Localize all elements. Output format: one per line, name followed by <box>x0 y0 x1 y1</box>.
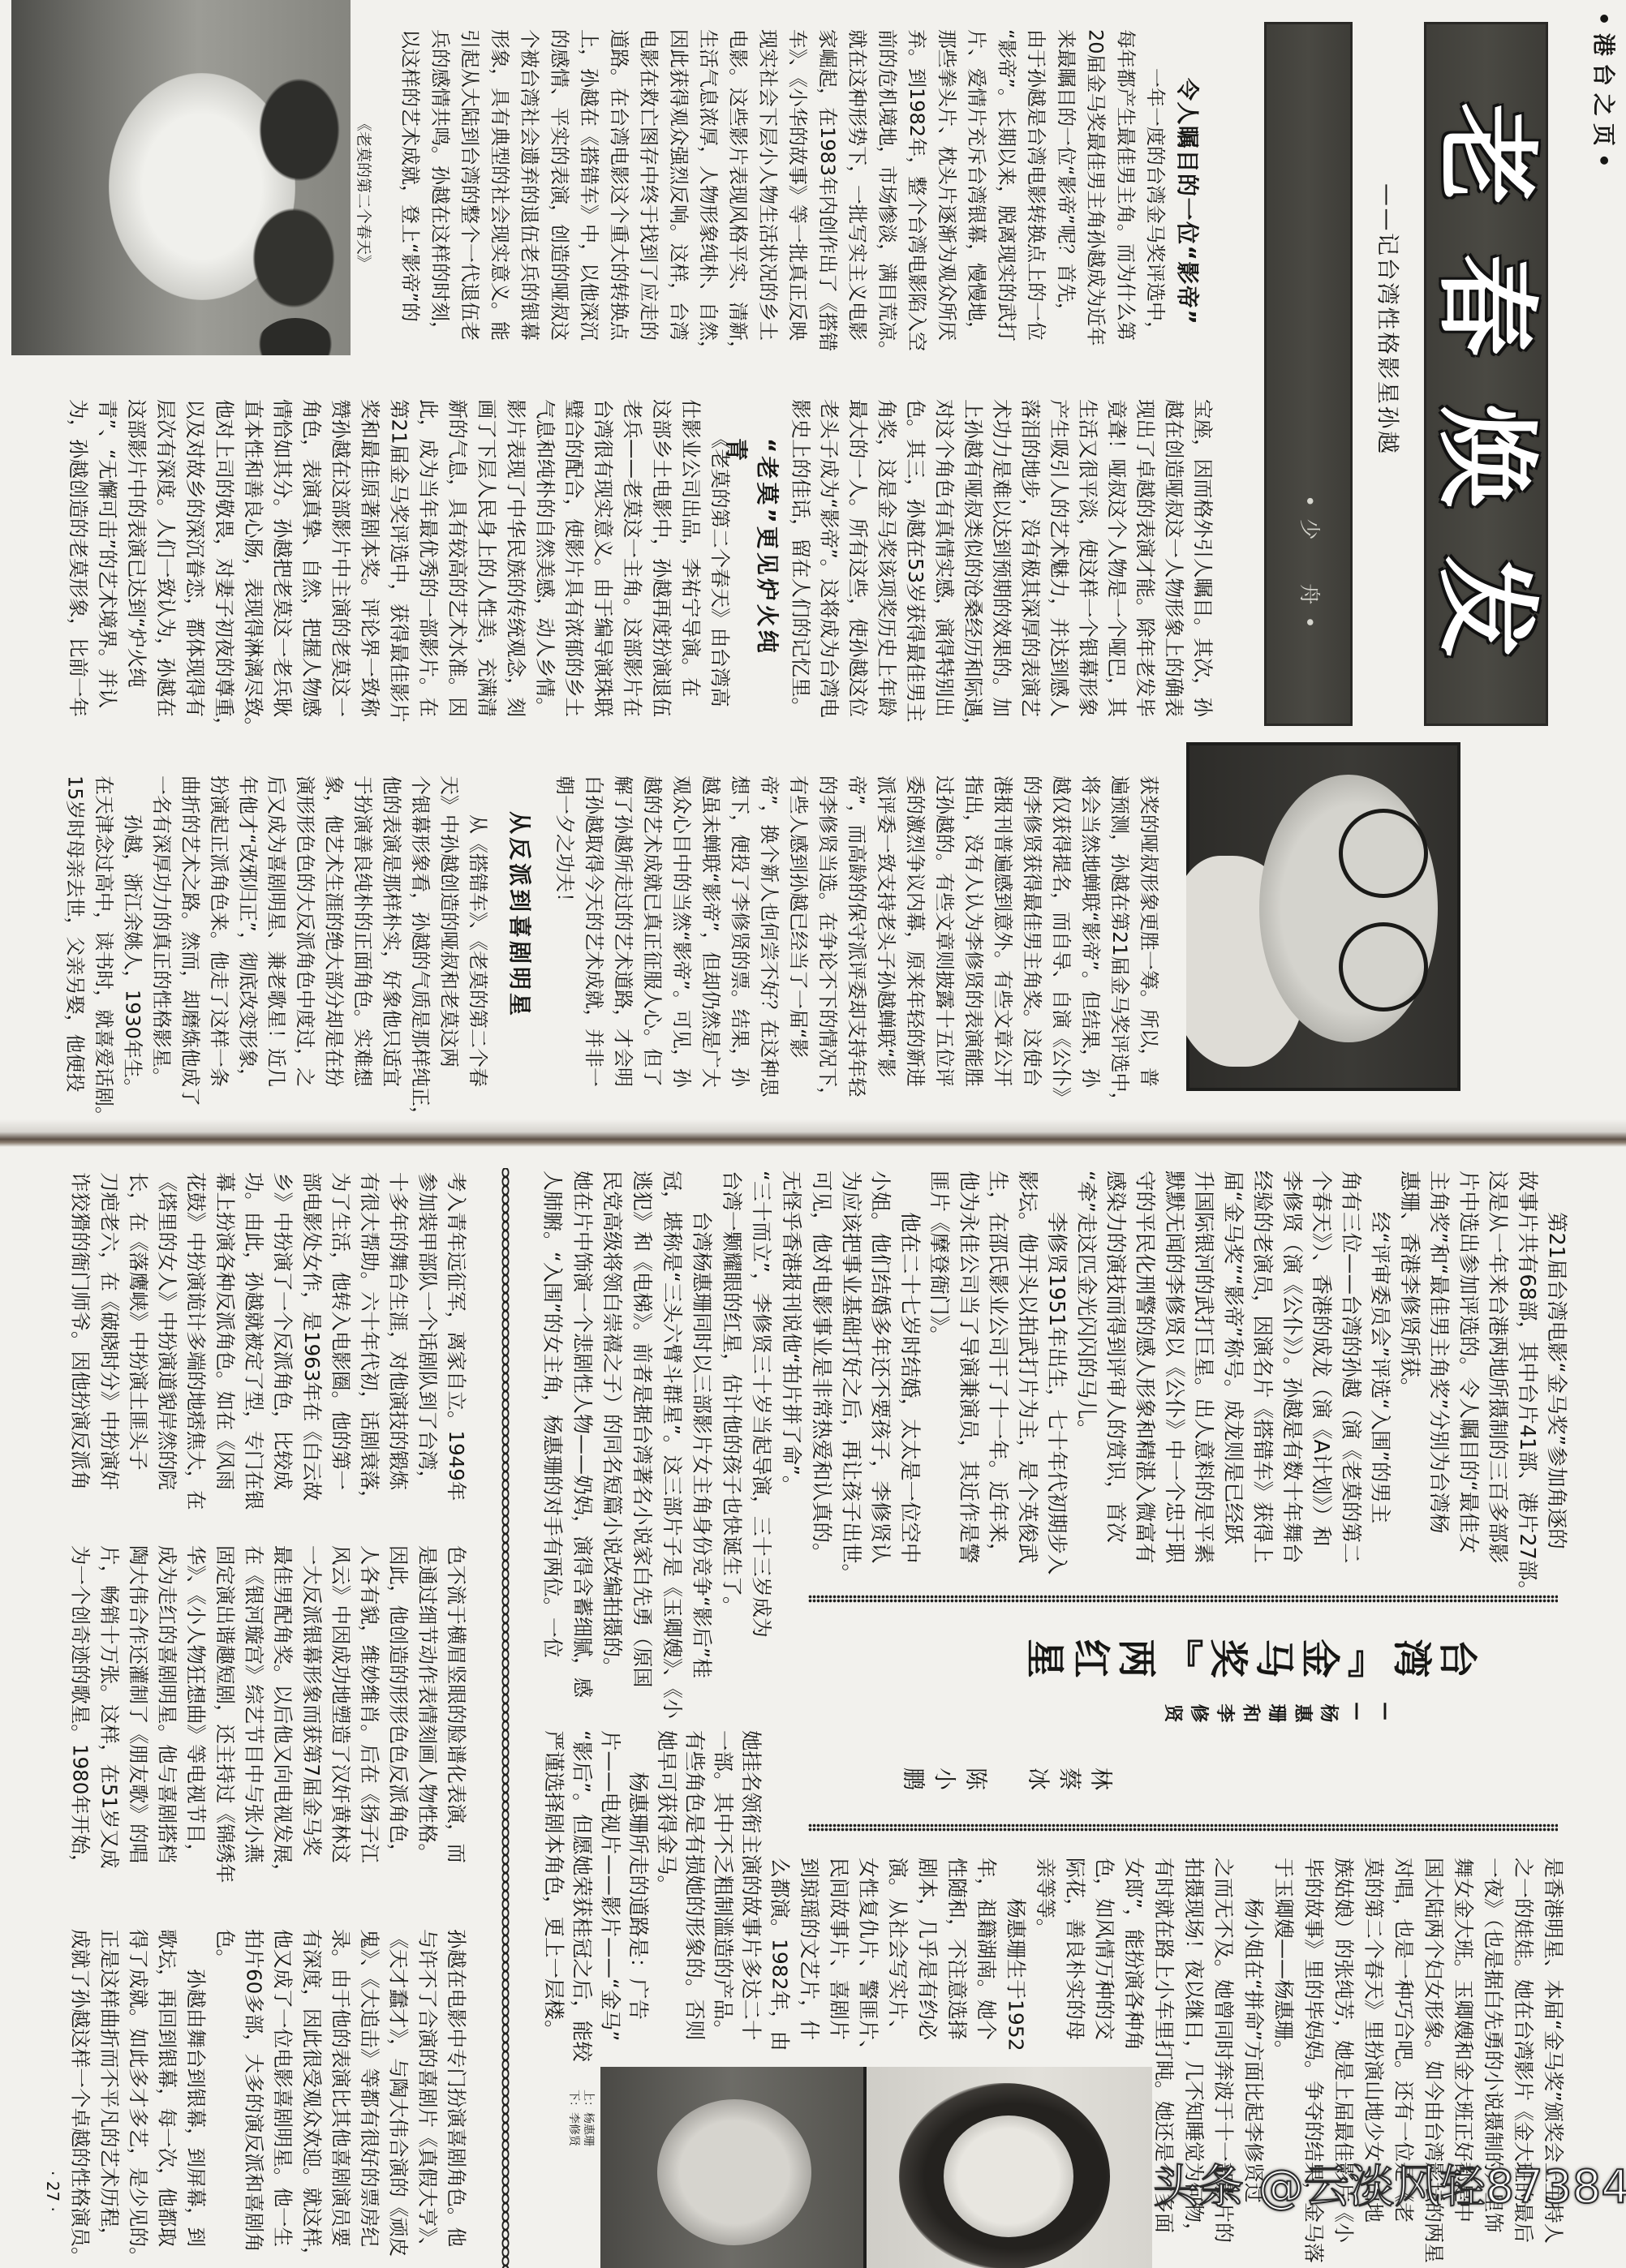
continued-text-col3: 孙越在电影中专门扮演喜剧角色。他与许不了合演的喜剧片《真假大亨》、《天才蠢才》，… <box>66 1929 471 2253</box>
text-line: 璧合的配合，使影片具有浓郁的乡土 <box>559 399 588 740</box>
text-line: 李修贤1951年出生，七十年代初期步入 <box>1042 1171 1071 1586</box>
continued-text-col1: 考入青年远征军，离家自立。1949年参加装甲部队一个话剧队到了台湾，十多年的舞台… <box>66 1172 471 1517</box>
text-line: 严谨选择剧本角色，更上一层楼。 <box>539 1730 567 2067</box>
text-line: 家崛起，在1983年内创作出了《搭错 <box>812 29 842 363</box>
text-line: 升国际银河的武打巨星。出人意料的是平素 <box>1189 1171 1218 1586</box>
text-line: 15岁时母亲去世，父亲另娶，他便投 <box>60 775 88 1108</box>
text-line: 这部乡土电影中，孙越再度扮演退伍 <box>647 399 676 740</box>
text-line: 华》、《小人物狂想曲》等电视节目， <box>182 1545 211 1882</box>
text-line: 委的激烈争议内幕，原来年轻的新进 <box>901 775 930 1108</box>
text-line: 第21届台湾电影“金马奖”参加角逐的 <box>1542 1171 1571 1586</box>
text-line: 落泪的地步，没有极其深厚的表演艺 <box>1016 399 1044 740</box>
text-line: 孙越由舞台到银幕，到屏幕，到 <box>182 1929 211 2253</box>
text-line: 有些角色是有损她的形象的。否则 <box>680 1730 708 2067</box>
text-line: 道路。在台湾电影这个重大的转换点 <box>604 29 634 363</box>
text-line: 感染力的演技而得到评审人的赏识，首次 <box>1100 1171 1129 1586</box>
title-band: 老春焕发 <box>1424 22 1548 726</box>
text-line: 人肺腑。“入围”的女主角，杨惠珊的对手有两位。一位 <box>537 1171 567 1698</box>
text-line: 角奖，这是金马奖该项奖历史上年龄 <box>872 399 901 740</box>
text-line: 为了生活，他转入电影圈。他的第一 <box>326 1172 355 1517</box>
photo-figure-head <box>248 203 339 313</box>
text-line: 他的表演是那样朴实，好象他只适宜 <box>376 775 405 1108</box>
sidebar-dotted-rule-top <box>808 1595 1558 1603</box>
text-line: 前的危机境地，市场惨淡，满目荒凉。 <box>872 29 902 363</box>
photo-li-xiuxian <box>600 2067 867 2268</box>
text-line: 正是这样曲折而不平凡的艺术历程， <box>95 1929 124 2253</box>
text-line: 民间故事片、喜剧片 <box>824 1858 853 2070</box>
text-line: 解了孙越所走过的艺术道路，才会明 <box>609 775 638 1108</box>
text-line: 天》中孙越创造的哑叔和老莫这两 <box>434 775 462 1108</box>
text-line: 新的气息，具有较高的艺术水准。因 <box>442 399 471 740</box>
text-line: 观众心目中的当然“影帝”。可见，孙 <box>667 775 696 1108</box>
text-line: 由于孙越是台湾电影转换点上的一位 <box>1021 29 1051 363</box>
text-line: 最佳男配角奖。以后他又向电视发展， <box>269 1545 298 1882</box>
text-line: 形象，具有典型的社会现实意义。能 <box>484 29 514 363</box>
section1-heading: 令人瞩目的一位“影帝” <box>1172 78 1202 337</box>
text-line: 歌坛，再回到银幕，每一次，他都取 <box>153 1929 182 2253</box>
text-line: 个银幕形象看，孙越的气质是那样纯正， <box>406 775 434 1108</box>
text-line: 与许不了合演的喜剧片《真假大亨》、 <box>413 1929 442 2253</box>
sidebar-text-block1: 第21届台湾电影“金马奖”参加角逐的故事片共有68部，其中台片41部、港片27部… <box>807 1171 1571 1586</box>
text-line: 竟聋！哑叔这个人物是一个哑巴，其 <box>1102 399 1130 740</box>
text-line: 越虽未蝉联“影帝”，但却仍然是广大 <box>696 775 725 1108</box>
text-line: 片中选出参加评选的。令人瞩目的“最佳女 <box>1453 1171 1482 1586</box>
text-line: 诈狡猾的衙门师爷。因他扮演反派角 <box>66 1172 95 1517</box>
photo-face <box>944 2116 1073 2237</box>
sidebar-dotted-rule-bottom <box>808 1823 1558 1832</box>
text-line: 宝座，因而格外引人瞩目。其次，孙 <box>1189 399 1217 740</box>
text-line: 于扮演善良纯朴的正面角色。实难想 <box>348 775 376 1108</box>
continued-text-col2: 色不流于横眉竖眼的脸谱化表演，而是通过细节动作表情刻画人物性格。因此，他创造的形… <box>66 1545 471 1882</box>
photo-figure-head <box>255 318 336 355</box>
text-line: 色不流于横眉竖眼的脸谱化表演，而 <box>441 1545 471 1882</box>
text-line: 录。由于他的表演比其他喜剧演员要 <box>326 1929 355 2253</box>
text-line: 一部。其中不乏粗制滥造的产品。 <box>708 1730 737 2067</box>
text-line: 在天津念过高中，读书时，就喜爱话剧。 <box>88 775 117 1108</box>
text-line: 越仅获得提名，而自导、自演《公仆》 <box>1047 775 1076 1108</box>
text-line: 一名有深厚功力的真正的性格影星。 <box>146 775 174 1108</box>
portrait-glasses-right <box>1339 922 1428 1012</box>
text-line: 生活气息浓厚，人物形象纯朴、自然， <box>693 29 723 363</box>
text-line: 将会当然地蝉联“影帝”。但结果，孙 <box>1076 775 1105 1108</box>
text-line: 派评委一致支持老头子孙越蝉联“影 <box>871 775 901 1108</box>
text-line: 花鼓》中扮演诡计多端的地痞焦大，在 <box>182 1172 211 1517</box>
section2-heading: “老莫”更见炉火纯青 <box>751 438 782 681</box>
text-line: 考入青年远征军，离家自立。1949年 <box>441 1172 471 1517</box>
text-line: 老兵——老莫这一主角。这部影片在 <box>617 399 647 740</box>
text-line: 画了下层人民身上的人性美，充满清 <box>471 399 501 740</box>
text-line: 对这个角色有真情实感，演得特别出 <box>930 399 958 740</box>
text-line: 弃。到1982年，整个台湾电影陷入空 <box>901 29 931 363</box>
text-line: 《天才蠢才》，与陶大伟合演的《顽皮 <box>384 1929 413 2253</box>
text-line: 年他才“改邪归正”，彻底改变形象， <box>233 775 261 1108</box>
text-line: 越的艺术成就已真正征服人心。但了 <box>638 775 667 1108</box>
text-line: 女性复仇片、警匪片、 <box>853 1858 882 2070</box>
text-line: 引起从大陆到台湾的整个一代退伍老 <box>454 29 484 363</box>
article-author: •少 舟• <box>1264 495 1353 657</box>
text-line: 港报刊普遍感到意外。有些文章公开 <box>988 775 1017 1108</box>
text-line: 年，祖籍湖南。她个 <box>971 1858 1000 2070</box>
text-line: 象，他艺术生涯的绝大部分却是在扮 <box>319 775 347 1108</box>
text-line: 为，孙越创造的老莫形象，比前一年 <box>63 399 92 740</box>
text-line: 兵的感情共鸣。孙越在这样的时刻， <box>425 29 455 363</box>
text-line: 成为走红的喜剧明星。他与喜剧搭档 <box>153 1545 182 1882</box>
text-line: 电影在救亡图存中终于找到了应走的 <box>634 29 664 363</box>
text-line: 从《搭错车》、《老莫的第二个春 <box>463 775 492 1108</box>
text-line: 杨惠珊所走的道路是：广告 <box>623 1730 652 2067</box>
text-line: 鬼》、《大追击》等都有很好的票房纪 <box>355 1929 384 2253</box>
text-line: 十多年的舞台生涯，对他演技的锻炼 <box>384 1172 413 1517</box>
text-line: “影后”。但愿她荣获桂冠之后，能较 <box>567 1730 596 2067</box>
text-line: 每年都产生最佳男主角。而为什么第 <box>1111 29 1141 363</box>
sidebar-subtitle: ——杨惠珊和李修贤 <box>1155 1701 1396 1722</box>
text-line: 可见，他对电影事业是非常热爱和认真的。 <box>807 1171 836 1586</box>
text-line: 台湾很有现实意义。由于编导演珠联 <box>588 399 617 740</box>
text-line: 仕影业公司出品，李祐宁导演。在 <box>676 399 705 740</box>
text-line: 直本性和善良心肠，表现得淋漓尽致。 <box>239 399 268 740</box>
text-line: 那些拳头片、枕头片逐渐为观众所厌 <box>931 29 961 363</box>
sidebar-authors: 林蔡冰 陈小鹏 <box>894 1764 1113 1790</box>
sidebar-text-block4: 她挂名领衔主演的故事片多达二十一部。其中不乏粗制滥造的产品。有些角色是有损她的形… <box>539 1730 764 2067</box>
photo-yang-huishan <box>867 2067 1152 2268</box>
text-line: 术功力是难以达到预期的效果的。加 <box>987 399 1016 740</box>
page-number: · 27 · <box>41 2171 65 2227</box>
text-line: 参加装甲部队一个话剧队到了台湾， <box>413 1172 442 1517</box>
text-line: 来最瞩目的一位“影帝”呢？首先， <box>1051 29 1081 363</box>
text-line: 届“金马奖”“影帝”称号。成龙则是已经跃 <box>1218 1171 1247 1586</box>
text-line: 现出了卓越的表演才能。除年老发毕 <box>1131 399 1159 740</box>
author-band: •少 舟• <box>1264 22 1353 726</box>
text-line: 经验的老演员，因演名片《搭错车》获得上 <box>1247 1171 1276 1586</box>
text-line: 固定演出谐趣短剧，还主持过《锦绣年 <box>210 1545 239 1882</box>
text-line: 经“评审委员会”评选“入围”的男主 <box>1365 1171 1394 1586</box>
text-line: 她挂名领衔主演的故事片多达二十 <box>736 1730 764 2067</box>
text-line: 获奖的哑叔形象更胜一筹。所以，普 <box>1134 775 1164 1108</box>
text-line: 他又成了一位电影喜剧明星。他一生 <box>269 1929 298 2253</box>
text-line: 她早可获得金马。 <box>652 1730 680 2067</box>
text-line: 最大的一人。所有这些，使孙越这位 <box>844 399 872 740</box>
text-line: 生活又很平淡，使这样一个银幕形象 <box>1073 399 1102 740</box>
text-line: 指出，没有人认为李修贤的表演能胜 <box>959 775 988 1108</box>
text-line: 上，孙越在《搭错车》中，以他深沉 <box>574 29 604 363</box>
text-line: 风云》中因成功地塑造了汉奸黄林这 <box>326 1545 355 1882</box>
text-line: 冠，堪称是“三头六臂斗群星”。这三部片子是《玉卿嫂》、《小 <box>656 1171 686 1698</box>
portrait-sun-yue <box>1186 742 1460 1091</box>
text-line: 匪片《摩登衙门》。 <box>924 1171 953 1586</box>
text-line: 青”、“无懈可击”的艺术境界。并认 <box>92 399 122 740</box>
text-line: 影片表现了中华民族的传统观念，刻 <box>501 399 530 740</box>
text-line: 赞孙越在这部影片中主演的老莫这一 <box>326 399 355 740</box>
section1-text-col2: 宝座，因而格外引人瞩目。其次，孙越在创造哑叔这一人物形象上的确表现出了卓越的表演… <box>786 399 1217 740</box>
text-line: 因此获得观众强烈反响。这样，台湾 <box>664 29 694 363</box>
text-line: 生，在邵氏影业公司干了十一年。近年来， <box>983 1171 1012 1586</box>
text-line: 现实社会下层小人物生活状况的乡土 <box>753 29 783 363</box>
text-line: 此，成为当年最优秀的一部影片。在 <box>414 399 443 740</box>
text-line: 亲等等。 <box>1030 1858 1060 2070</box>
text-line: 20届金马奖最佳男主角孙越成为近年 <box>1081 29 1111 363</box>
text-line: 杨惠珊生于1952 <box>1000 1858 1030 2070</box>
text-line: 老头子成为“影帝”。这将成为台湾电 <box>815 399 843 740</box>
text-line: 陶大伟合作还灌制了《朋友歌》的唱 <box>123 1545 153 1882</box>
text-line: 影坛。他开头以拍武打片为主，是个英俊武 <box>1013 1171 1042 1586</box>
decorative-chain-divider <box>501 1168 510 2268</box>
text-line: 色，如风情万种的交 <box>1089 1858 1118 2070</box>
text-line: 功。由此，孙越就被定了型，专门在银 <box>239 1172 269 1517</box>
photo-figure-head <box>255 73 344 187</box>
text-line: 有些人感到孙越已经当了一届“影 <box>784 775 813 1108</box>
portrait-glasses-left <box>1339 809 1428 898</box>
text-line: 他在二十七岁时结婚，太太是一位空中 <box>895 1171 924 1586</box>
text-line: 拍片60多部，大多的演反派和喜剧角 <box>239 1929 269 2253</box>
text-line: 演形形色色的大反派角色中度过，之 <box>290 775 319 1108</box>
text-line: 乡》中扮演了一个反派角色，比较成 <box>269 1172 298 1517</box>
photo-caption: 《老莫的第二个春天》 <box>354 116 373 290</box>
photo-captions-right: 上：杨惠珊 下：李修贤 <box>566 2090 596 2150</box>
text-line: 的李修贤获得最佳男主角奖。这使台 <box>1017 775 1047 1108</box>
text-line: 一年一度的台湾金马奖评选中， <box>1140 29 1170 363</box>
text-line: 车》、《小华的故事》等一批真正反映 <box>782 29 812 363</box>
text-line: 曲折的艺术之路。然而，却磨炼他成了 <box>175 775 204 1108</box>
text-line: 角有三位——台湾的孙越（演《老莫的第二 <box>1336 1171 1365 1586</box>
text-line: 剧本，几乎是有约必 <box>912 1858 941 2070</box>
text-line: 朝一夕之功夫！ <box>550 775 579 1108</box>
text-line: 片，畅销十万张。这样，在51岁又成 <box>95 1545 124 1882</box>
text-line: 上孙越有哑叔类似的沧桑经历和际遇， <box>958 399 987 740</box>
text-line: 有很大帮助。六十年代初，话剧衰落， <box>355 1172 384 1517</box>
text-line: 女郎”，能扮演各种角 <box>1119 1858 1148 2070</box>
text-line: 小姐。他们结婚多年还不要孩子，李修贤认 <box>865 1171 894 1586</box>
text-line: 白孙越取得今天的艺术成就，并非一 <box>579 775 609 1108</box>
text-line: 色。其三，孙越在53岁获得最佳男主 <box>901 399 930 740</box>
text-line: 电影。这些影片表现风格平实、清新， <box>723 29 753 363</box>
photo-face <box>657 2099 811 2245</box>
text-line: 李修贤（演《公仆》）。孙越是有数十年舞台 <box>1277 1171 1306 1586</box>
text-line: 有深度，因此很受观众欢迎。就这样， <box>297 1929 326 2253</box>
text-line: 层次有深度。人们一致认为，孙越在 <box>151 399 180 740</box>
text-line: 想下，便投了李修贤的票。结果，孙 <box>725 775 755 1108</box>
article-title: 老春焕发 <box>1424 103 1548 728</box>
text-line: 长，在《落鹰峡》中扮演土匪头子 <box>123 1172 153 1517</box>
page-header: •港台之页• <box>1587 11 1620 182</box>
text-line: 片——电视片——影片——“金马” <box>596 1730 624 2067</box>
page-fold <box>0 1119 1626 1147</box>
watermark: 头条 @云淡风轻87384 <box>1153 2151 1624 2224</box>
text-line: 人各有貌，维妙维肖。后在《扬子江 <box>355 1545 384 1882</box>
text-line: 产生吸引人的艺术魅力，并达到感人 <box>1045 399 1073 740</box>
text-line: 她在片中饰演一个悲剧性人物——奶妈，演得含蓄细腻，感 <box>567 1171 597 1698</box>
text-line: 民党高级将领白崇禧之子）的同名短篇小说改编拍摄的。 <box>596 1171 626 1698</box>
section2-text-col3: 获奖的哑叔形象更胜一筹。所以，普遍预测，孙越在第21届金马奖评选中，将会当然地蝉… <box>550 775 1164 1108</box>
text-line: 他对上司的敬畏，对妻子初夜的尊重， <box>209 399 239 740</box>
text-line: 为应该把事业基础打好之后，再让孩子出世。 <box>836 1171 865 1586</box>
text-line: “影帝”。长期以来，脱离现实的武打 <box>992 29 1022 363</box>
text-line: 因此，他创造的形形色色反派角色， <box>384 1545 413 1882</box>
text-line: 他为永佳公司当了导演兼演员，其近作是警 <box>953 1171 983 1586</box>
text-line: 幕上扮演各种反派角色。如在《风雨 <box>210 1172 239 1517</box>
text-line: 越在创造哑叔这一人物形象上的确表 <box>1159 399 1188 740</box>
section2-text-col2: 《老莫的第二个春天》由台湾高仕影业公司出品，李祐宁导演。在这部乡土电影中，孙越再… <box>63 399 734 740</box>
text-line: 的感情、平实的表演，创造的哑叔这 <box>544 29 574 363</box>
section3-text-col3: 从《搭错车》、《老莫的第二个春天》中孙越创造的哑叔和老莫这两个银幕形象看，孙越的… <box>60 775 492 1108</box>
text-line: “牵”走这匹金光闪闪的马儿。 <box>1071 1171 1100 1586</box>
text-line: 帝”，换个新人也何尝不好？在这种思 <box>755 775 784 1108</box>
text-line: 么都演。1982年，由 <box>764 1858 794 2070</box>
text-line: 部电影处女作，是1963年在《白云故 <box>297 1172 326 1517</box>
magazine-spread-scan: •港台之页• 老春焕发 ——记台湾性格影星孙越 •少 舟• 令人瞩目的一位“影帝… <box>0 0 1626 2268</box>
text-line: “三十而立”，李修贤三十岁当起导演，三十三岁成为 <box>746 1171 776 1698</box>
text-line: 个被台湾社会遗弃的退伍老兵的银幕 <box>514 29 544 363</box>
text-line: 孙越，浙江余姚人，1930年生。 <box>118 775 146 1108</box>
photo-caption-top: 上：杨惠珊 <box>581 2090 596 2150</box>
text-line: 色。 <box>210 1929 239 2253</box>
text-line: 帝”，而高龄的保守派评委却支持年轻 <box>842 775 871 1108</box>
text-line: 刀疤老六，在《破晓时分》中扮演奸 <box>95 1172 124 1517</box>
text-line: 孙越在电影中专门扮演喜剧角色。他 <box>441 1929 471 2253</box>
text-line: 为一个创奇迹的歌星。1980年开始， <box>66 1545 95 1882</box>
photo-caption-bottom: 下：李修贤 <box>566 2090 581 2150</box>
text-line: 默默无闻的李修贤以《公仆》中一个忠于职 <box>1159 1171 1189 1586</box>
text-line: 角色，表演真挚、自然，把握人物感 <box>297 399 326 740</box>
text-line: 台湾一颗耀眼的红星，估计他的孩子也快诞生了。 <box>716 1171 746 1698</box>
text-line: 影史上的佳话，留在人们的记忆里。 <box>786 399 815 740</box>
text-line: 气息和纯朴的自然美感，动人乡情。 <box>530 399 559 740</box>
text-line: 惠珊、香港李修贤所获。 <box>1395 1171 1424 1586</box>
section1-text-col1: 一年一度的台湾金马奖评选中，每年都产生最佳男主角。而为什么第20届金马奖最佳男主… <box>395 29 1170 363</box>
text-line: 际花，善良朴实的母 <box>1060 1858 1089 2070</box>
text-line: 成就了孙越这样一个卓越的性格演员。 <box>66 1929 95 2253</box>
text-line: 片、爱情片充斥台湾银幕，慢慢地， <box>961 29 992 363</box>
text-line: 性随和，不注意选择 <box>941 1858 970 2070</box>
text-line: 逃犯》和《电梯》。前者是据台湾著名小说家白先勇（原国 <box>626 1171 656 1698</box>
text-line: 后又成为喜剧明星、兼老歌星！近几 <box>261 775 290 1108</box>
text-line: 这是从一年来台港两地所摄制的三百多部影 <box>1482 1171 1512 1586</box>
text-line: 主角奖”和“最佳男主角奖”分别为台湾杨 <box>1424 1171 1453 1586</box>
sidebar-text-block3-short: 女郎”，能扮演各种角色，如风情万种的交际花，善良朴实的母亲等等。 杨惠珊生于19… <box>764 1858 1148 2070</box>
portrait-face <box>1259 775 1438 1042</box>
text-line: 以及对故乡的深沉眷恋，都体现得有 <box>180 399 209 740</box>
text-line: 情恰如其分。孙越把老莫这一老兵耿 <box>268 399 297 740</box>
text-line: 以这样的艺术成就，登上“影帝”的 <box>395 29 425 363</box>
text-line: 《塔里的女人》中扮演道貌岸然的院 <box>153 1172 182 1517</box>
text-line: 奖和最佳原著剧本奖。评论界一致称 <box>355 399 385 740</box>
text-line: 扮演起正派角色来。他走了这样一条 <box>204 775 232 1108</box>
article-subtitle: ——记台湾性格影星孙越 <box>1371 183 1404 463</box>
text-line: 台湾杨惠珊同时以三部影片女主角身份竞争“影后”桂 <box>686 1171 716 1698</box>
text-line: 这部影片中的表演已达到“炉火纯 <box>122 399 151 740</box>
text-line: 过孙越的。有些文章则披露十五位评 <box>930 775 959 1108</box>
text-line: 守的平民化刑警的感人形象和精湛入微富有 <box>1129 1171 1159 1586</box>
sidebar-title: 台湾『金马奖』两红星 <box>1020 1633 1478 1676</box>
text-line: 得了成就。如此多才多艺，是少见的。 <box>123 1929 153 2253</box>
text-line: 第21届金马奖评选中，获得最佳影片 <box>385 399 414 740</box>
text-line: 在《银河璇宫》综艺节目中与张小燕 <box>239 1545 269 1882</box>
text-line: 到琼瑶的文艺片，什 <box>794 1858 824 2070</box>
text-line: 演。从社会写实片、 <box>883 1858 912 2070</box>
text-line: 故事片共有68部，其中台片41部、港片27部。 <box>1512 1171 1542 1586</box>
text-line: 个春天》）、香港的成龙（演《A计划》）和 <box>1306 1171 1336 1586</box>
section3-heading: 从反派到喜剧明星 <box>505 811 534 1030</box>
text-line: 无怪乎香港报刊说他“拍片拼了命”。 <box>776 1171 806 1698</box>
text-line: 《老莫的第二个春天》由台湾高 <box>705 399 734 740</box>
text-line: 一大反派银幕形象而获第7届金马奖 <box>297 1545 326 1882</box>
text-line: 是通过细节动作表情刻画人物性格。 <box>413 1545 442 1882</box>
text-line: 的李修贤当选。在争论不下的情况下， <box>813 775 842 1108</box>
text-line: 就在这种形势下，一批写实主义电影 <box>842 29 872 363</box>
photo-lao-mo-still <box>11 0 351 355</box>
text-line: 遍预测，孙越在第21届金马奖评选中， <box>1105 775 1134 1108</box>
sidebar-text-block2: 无怪乎香港报刊说他“拍片拼了命”。“三十而立”，李修贤三十岁当起导演，三十三岁成… <box>537 1171 806 1698</box>
